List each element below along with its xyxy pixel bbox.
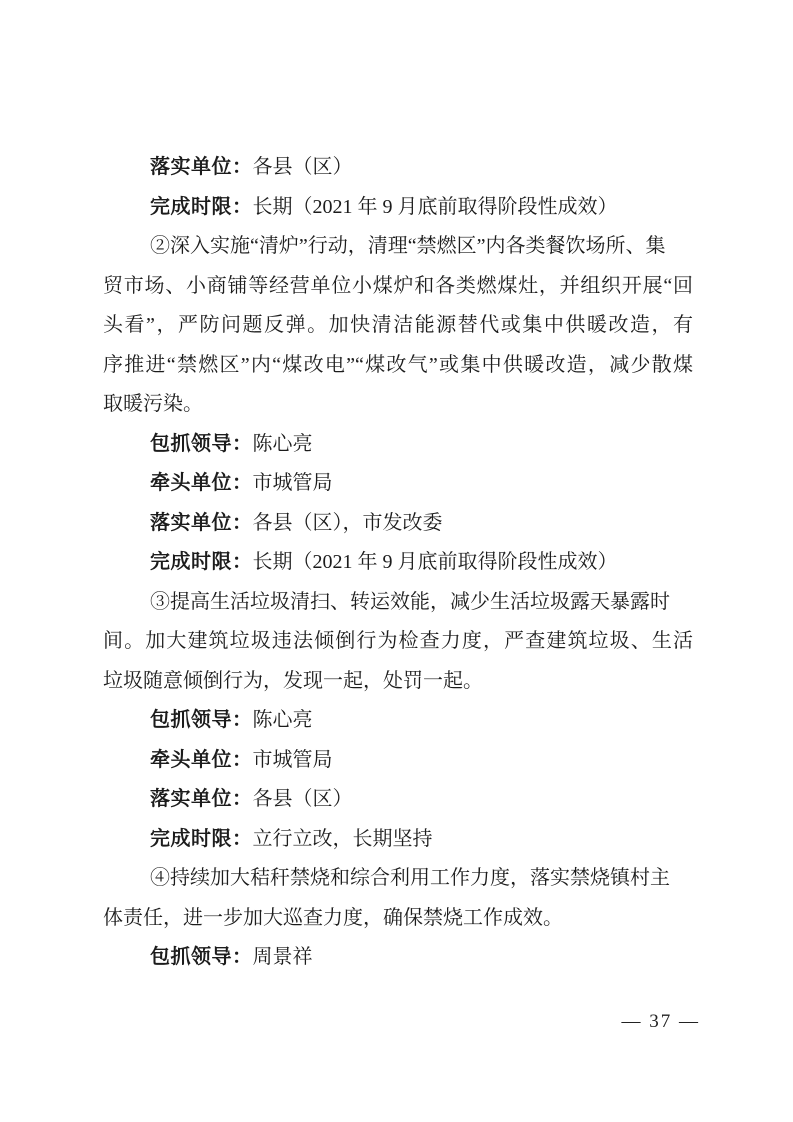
field-label: 包抓领导： bbox=[150, 709, 253, 731]
document-body: 落实单位：各县（区） 完成时限：长期（2021 年 9 月底前取得阶段性成效） … bbox=[103, 148, 693, 978]
paragraph-line: ②深入实施“清炉”行动，清理“禁燃区”内各类餐饮场所、集 bbox=[103, 227, 693, 267]
field-value: 长期（2021 年 9 月底前取得阶段性成效） bbox=[253, 196, 618, 218]
field-line-deadline: 完成时限：长期（2021 年 9 月底前取得阶段性成效） bbox=[103, 188, 693, 228]
field-line-shixian-unit: 落实单位：各县（区），市发改委 bbox=[103, 504, 693, 544]
field-value: 立行立改，长期坚持 bbox=[253, 828, 433, 850]
field-label: 完成时限： bbox=[150, 196, 253, 218]
field-line-shixian-unit: 落实单位：各县（区） bbox=[103, 148, 693, 188]
field-value: 周景祥 bbox=[253, 946, 313, 968]
field-value: 各县（区），市发改委 bbox=[253, 512, 443, 534]
paragraph-line: 间。加大建筑垃圾违法倾倒行为检查力度，严查建筑垃圾、生活 bbox=[103, 622, 693, 662]
field-label: 落实单位： bbox=[150, 156, 253, 178]
field-label: 牵头单位： bbox=[150, 472, 253, 494]
field-line-lead-unit: 牵头单位：市城管局 bbox=[103, 464, 693, 504]
paragraph-line: ③提高生活垃圾清扫、转运效能，减少生活垃圾露天暴露时 bbox=[103, 583, 693, 623]
paragraph-line: 序推进“禁燃区”内“煤改电”“煤改气”或集中供暖改造，减少散煤 bbox=[103, 346, 693, 386]
field-value: 各县（区） bbox=[253, 156, 353, 178]
field-label: 完成时限： bbox=[150, 551, 253, 573]
field-label: 包抓领导： bbox=[150, 946, 253, 968]
field-label: 落实单位： bbox=[150, 788, 253, 810]
paragraph-line: 头看”，严防问题反弹。加快清洁能源替代或集中供暖改造，有 bbox=[103, 306, 693, 346]
field-value: 长期（2021 年 9 月底前取得阶段性成效） bbox=[253, 551, 618, 573]
paragraph-line: ④持续加大秸秆禁烧和综合利用工作力度，落实禁烧镇村主 bbox=[103, 859, 693, 899]
field-value: 陈心亮 bbox=[253, 433, 313, 455]
page-number: — 37 — bbox=[622, 1008, 701, 1036]
paragraph-line: 取暖污染。 bbox=[103, 385, 693, 425]
field-value: 各县（区） bbox=[253, 788, 353, 810]
field-value: 市城管局 bbox=[253, 472, 333, 494]
field-line-shixian-unit: 落实单位：各县（区） bbox=[103, 780, 693, 820]
field-value: 陈心亮 bbox=[253, 709, 313, 731]
field-label: 完成时限： bbox=[150, 828, 253, 850]
field-line-deadline: 完成时限：长期（2021 年 9 月底前取得阶段性成效） bbox=[103, 543, 693, 583]
field-line-leader: 包抓领导：周景祥 bbox=[103, 938, 693, 978]
field-line-lead-unit: 牵头单位：市城管局 bbox=[103, 741, 693, 781]
field-line-leader: 包抓领导：陈心亮 bbox=[103, 701, 693, 741]
paragraph-line: 体责任，进一步加大巡查力度，确保禁烧工作成效。 bbox=[103, 899, 693, 939]
paragraph-line: 垃圾随意倾倒行为，发现一起，处罚一起。 bbox=[103, 662, 693, 702]
field-line-leader: 包抓领导：陈心亮 bbox=[103, 425, 693, 465]
field-label: 包抓领导： bbox=[150, 433, 253, 455]
field-line-deadline: 完成时限：立行立改，长期坚持 bbox=[103, 820, 693, 860]
field-label: 落实单位： bbox=[150, 512, 253, 534]
field-value: 市城管局 bbox=[253, 749, 333, 771]
paragraph-line: 贸市场、小商铺等经营单位小煤炉和各类燃煤灶，并组织开展“回 bbox=[103, 267, 693, 307]
field-label: 牵头单位： bbox=[150, 749, 253, 771]
document-page: 落实单位：各县（区） 完成时限：长期（2021 年 9 月底前取得阶段性成效） … bbox=[0, 0, 793, 1122]
